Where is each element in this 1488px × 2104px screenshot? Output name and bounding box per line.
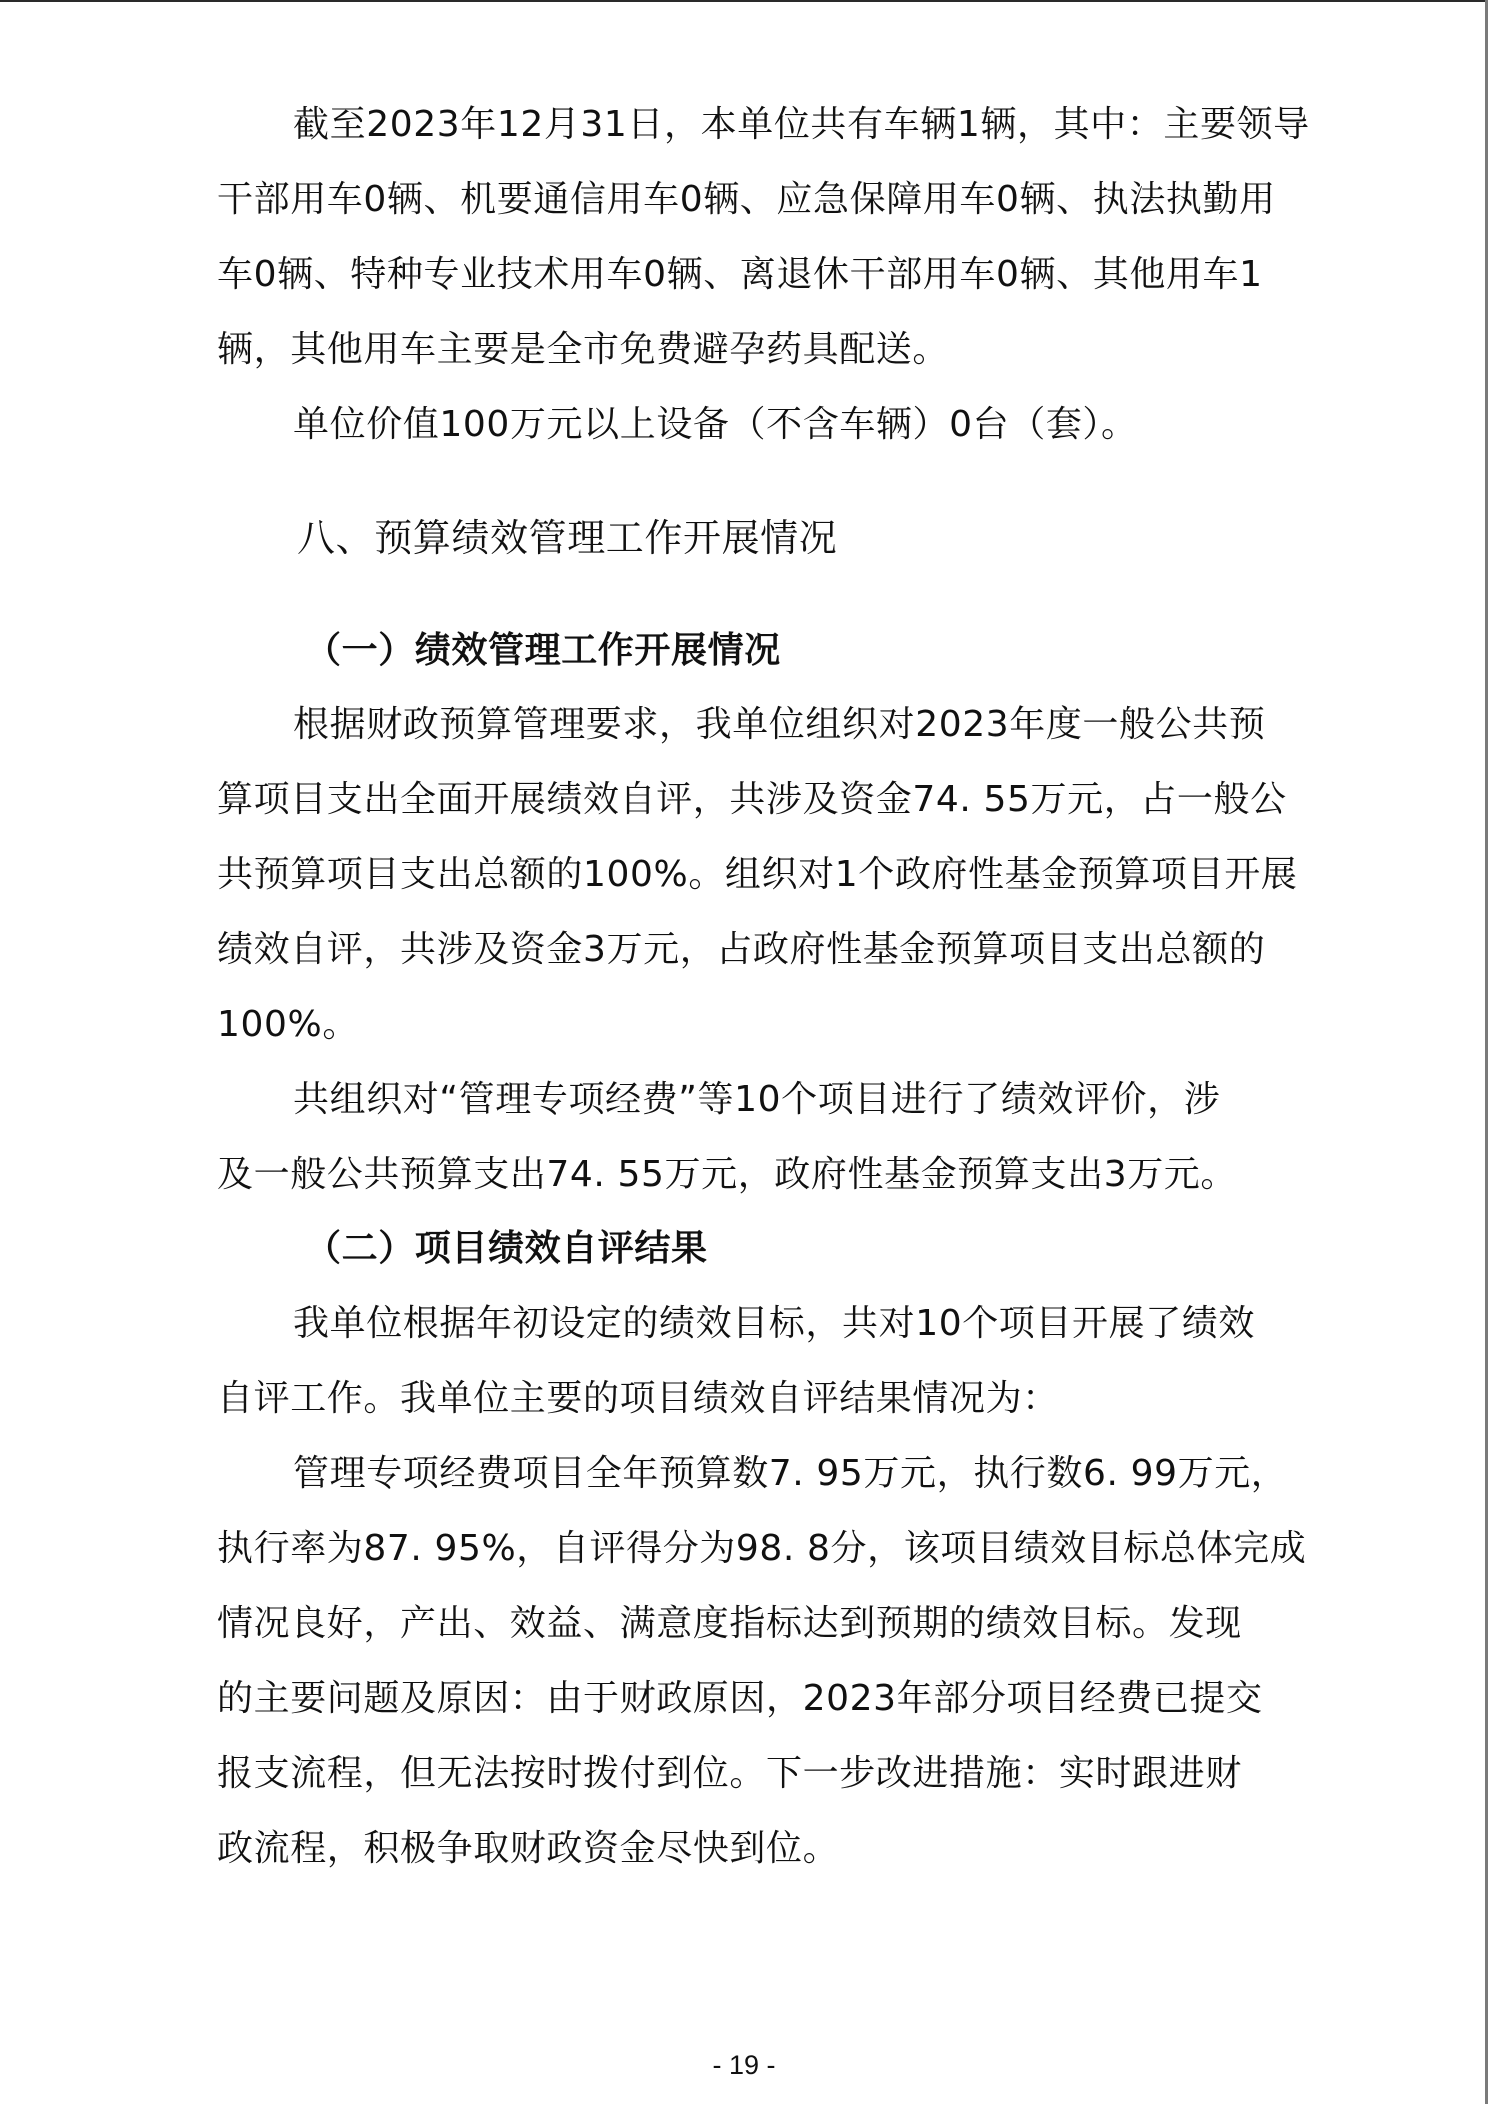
subsection-heading-self-eval-results: （二）项目绩效自评结果 bbox=[305, 1227, 708, 1271]
paragraph-self-eval-line-3: 共预算项目支出总额的100%。组织对1个政府性基金预算项目开展 bbox=[217, 853, 1297, 897]
paragraph-evaluation-line-2: 及一般公共预算支出74. 55万元，政府性基金预算支出3万元。 bbox=[217, 1153, 1237, 1197]
paragraph-self-eval-line-2: 算项目支出全面开展绩效自评，共涉及资金74. 55万元，占一般公 bbox=[217, 778, 1287, 822]
paragraph-equipment-line-1: 单位价值100万元以上设备（不含车辆）0台（套）。 bbox=[293, 403, 1138, 447]
page-top-border bbox=[0, 0, 1488, 2]
paragraph-project-result-line-1: 管理专项经费项目全年预算数7. 95万元，执行数6. 99万元， bbox=[293, 1452, 1287, 1496]
paragraph-vehicles-line-4: 辆，其他用车主要是全市免费避孕药具配送。 bbox=[217, 328, 949, 372]
paragraph-vehicles-line-3: 车0辆、特种专业技术用车0辆、离退休干部用车0辆、其他用车1 bbox=[217, 253, 1263, 297]
section-heading-budget-performance: 八、预算绩效管理工作开展情况 bbox=[297, 516, 837, 560]
paragraph-vehicles-line-1: 截至2023年12月31日，本单位共有车辆1辆，其中：主要领导 bbox=[293, 103, 1310, 147]
paragraph-self-eval-line-4: 绩效自评，共涉及资金3万元，占政府性基金预算项目支出总额的 bbox=[217, 928, 1265, 972]
paragraph-results-intro-line-2: 自评工作。我单位主要的项目绩效自评结果情况为： bbox=[217, 1377, 1059, 1421]
paragraph-vehicles-line-2: 干部用车0辆、机要通信用车0辆、应急保障用车0辆、执法执勤用 bbox=[217, 178, 1276, 222]
paragraph-project-result-line-3: 情况良好，产出、效益、满意度指标达到预期的绩效目标。发现 bbox=[217, 1602, 1242, 1646]
paragraph-project-result-line-4: 的主要问题及原因：由于财政原因，2023年部分项目经费已提交 bbox=[217, 1677, 1263, 1721]
paragraph-project-result-line-6: 政流程，积极争取财政资金尽快到位。 bbox=[217, 1827, 839, 1871]
paragraph-self-eval-line-5: 100%。 bbox=[217, 1003, 359, 1047]
paragraph-evaluation-line-1: 共组织对“管理专项经费”等10个项目进行了绩效评价，涉 bbox=[293, 1078, 1220, 1122]
paragraph-project-result-line-5: 报支流程，但无法按时拨付到位。下一步改进措施：实时跟进财 bbox=[217, 1752, 1242, 1796]
subsection-heading-performance-management: （一）绩效管理工作开展情况 bbox=[305, 629, 781, 673]
paragraph-results-intro-line-1: 我单位根据年初设定的绩效目标，共对10个项目开展了绩效 bbox=[293, 1302, 1255, 1346]
paragraph-project-result-line-2: 执行率为87. 95%，自评得分为98. 8分，该项目绩效目标总体完成 bbox=[217, 1527, 1306, 1571]
page-number: - 19 - bbox=[0, 2048, 1488, 2082]
paragraph-self-eval-line-1: 根据财政预算管理要求，我单位组织对2023年度一般公共预 bbox=[293, 703, 1265, 747]
